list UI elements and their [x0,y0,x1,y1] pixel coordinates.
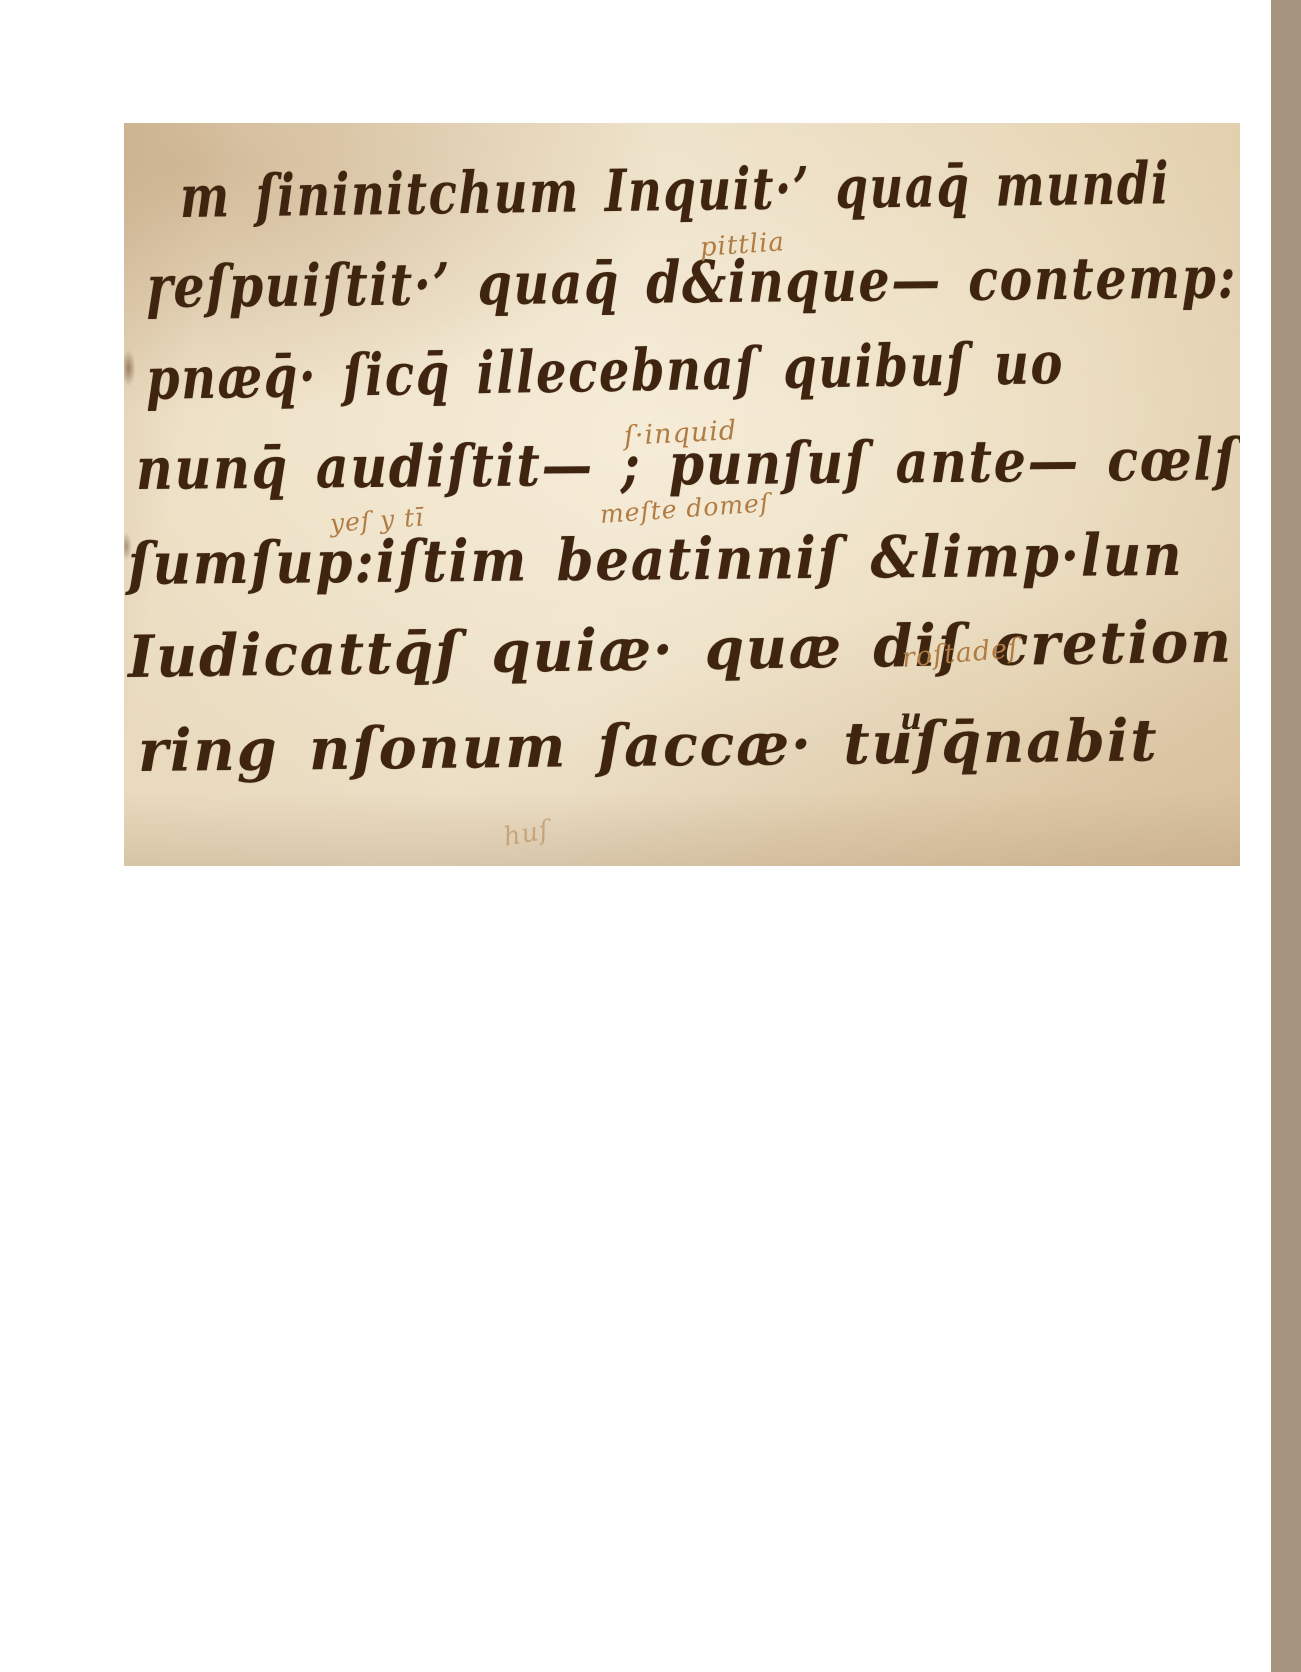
interlinear-gloss: ſ·inquid [623,417,737,450]
manuscript-text-line: pnæq̄· ſicq̄ illecebnaſ quibuſ uo [145,334,1064,408]
manuscript-photo: m ſininitchum Inquit·’ quaq̄ mundiꞅeſpui… [124,123,1240,866]
interlinear-gloss: yeſ y tī [329,504,425,536]
manuscript-text-line: ꞅeſpuiſtit·’ quaq̄ d&inque— contemp: [146,248,1238,316]
interlinear-gloss: pittlia [699,229,786,261]
manuscript-text-line: ring nſonum ſaccæ· tuſq̄nabit [138,711,1159,780]
interlinear-gloss: u [900,705,923,735]
interlinear-gloss: huſ [502,817,552,851]
manuscript-text-line: ſumſup:iſtim beatinniſ &limp·lun [128,526,1184,593]
manuscript-text-line: Iudicattq̄ſ quiæ· quæ diſ cretion [128,613,1234,686]
page: m ſininitchum Inquit·’ quaq̄ mundiꞅeſpui… [0,0,1301,1672]
right-margin-band [1271,0,1301,1672]
manuscript-text-line: m ſininitchum Inquit·’ quaq̄ mundi [180,154,1171,226]
